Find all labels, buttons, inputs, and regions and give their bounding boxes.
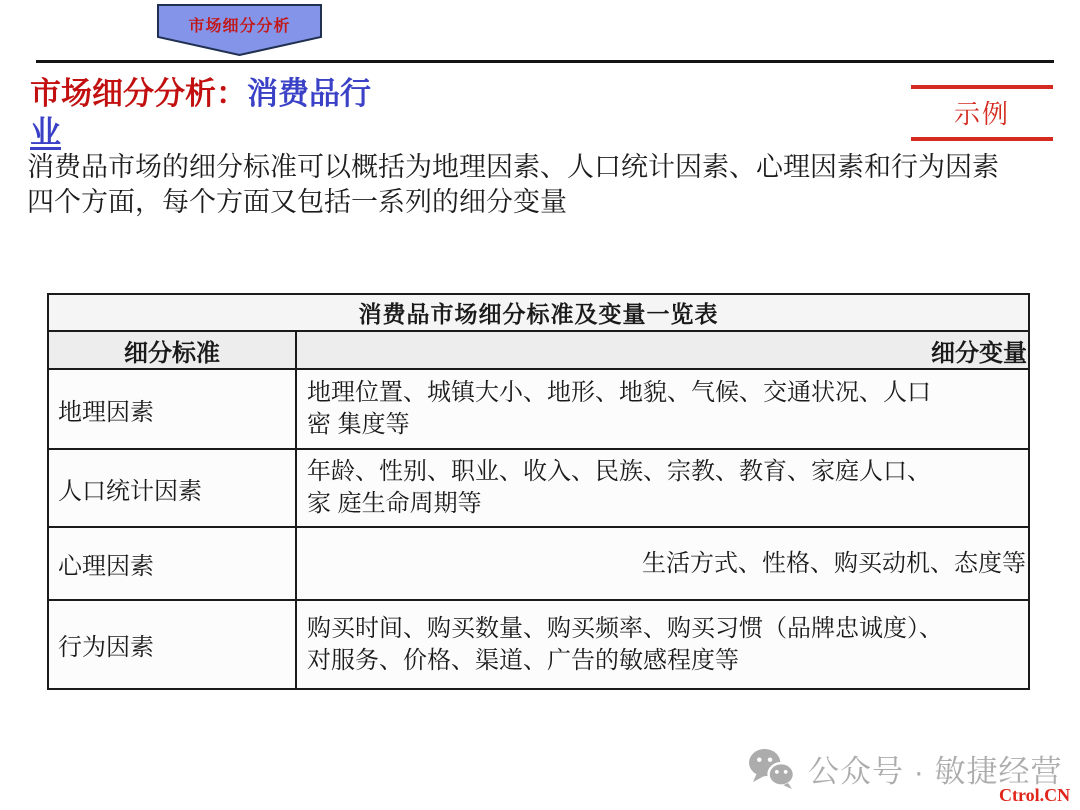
section-banner: 市场细分分析: [156, 4, 323, 56]
intro-line-2: 四个方面，每个方面又包括一系列的细分变量: [27, 185, 1047, 220]
page-title-blue-line1: 消费品行: [247, 76, 371, 111]
page-title: 市场细分分析：消费品行 业: [30, 74, 910, 152]
wechat-logo-icon: [748, 748, 795, 789]
variables-cell: 购买时间、购买数量、购买频率、购买习惯（品牌忠诚度）、 对服务、价格、渠道、广告…: [296, 600, 1029, 689]
column-header-variables: 细分变量: [296, 331, 1029, 369]
table-header-row: 细分标准 细分变量: [48, 331, 1029, 369]
sample-badge: 示例: [911, 85, 1053, 141]
table-title: 消费品市场细分标准及变量一览表: [48, 294, 1029, 331]
criteria-cell: 人口统计因素: [48, 449, 296, 527]
variables-cell: 生活方式、性格、购买动机、态度等: [296, 527, 1029, 600]
criteria-cell: 心理因素: [48, 527, 296, 600]
intro-line-1: 消费品市场的细分标准可以概括为地理因素、人口统计因素、心理因素和行为因素: [27, 150, 1047, 185]
table-row-demographic: 人口统计因素 年龄、性别、职业、收入、民族、宗教、教育、家庭人口、 家 庭生命周…: [48, 449, 1029, 527]
intro-paragraph: 消费品市场的细分标准可以概括为地理因素、人口统计因素、心理因素和行为因素 四个方…: [27, 150, 1047, 220]
banner-label: 市场细分分析: [156, 13, 323, 36]
variables-cell: 地理位置、城镇大小、地形、地貌、气候、交通状况、人口 密 集度等: [296, 369, 1029, 449]
top-divider: [36, 60, 1054, 63]
table-row-geographic: 地理因素 地理位置、城镇大小、地形、地貌、气候、交通状况、人口 密 集度等: [48, 369, 1029, 449]
table-title-row: 消费品市场细分标准及变量一览表: [48, 294, 1029, 331]
table-row-behavioral: 行为因素 购买时间、购买数量、购买频率、购买习惯（品牌忠诚度）、 对服务、价格、…: [48, 600, 1029, 689]
variables-cell: 年龄、性别、职业、收入、民族、宗教、教育、家庭人口、 家 庭生命周期等: [296, 449, 1029, 527]
criteria-cell: 地理因素: [48, 369, 296, 449]
segmentation-table: 消费品市场细分标准及变量一览表 细分标准 细分变量 地理因素 地理位置、城镇大小…: [47, 293, 1030, 690]
column-header-criteria: 细分标准: [48, 331, 296, 369]
page-title-blue-line2: 业: [30, 115, 61, 150]
page-title-red: 市场细分分析：: [30, 76, 247, 111]
criteria-cell: 行为因素: [48, 600, 296, 689]
watermark: Ctrol.CN: [999, 785, 1070, 806]
table-row-psychological: 心理因素 生活方式、性格、购买动机、态度等: [48, 527, 1029, 600]
slide: 市场细分分析 市场细分分析：消费品行 业 示例 消费品市场的细分标准可以概括为地…: [0, 0, 1080, 810]
